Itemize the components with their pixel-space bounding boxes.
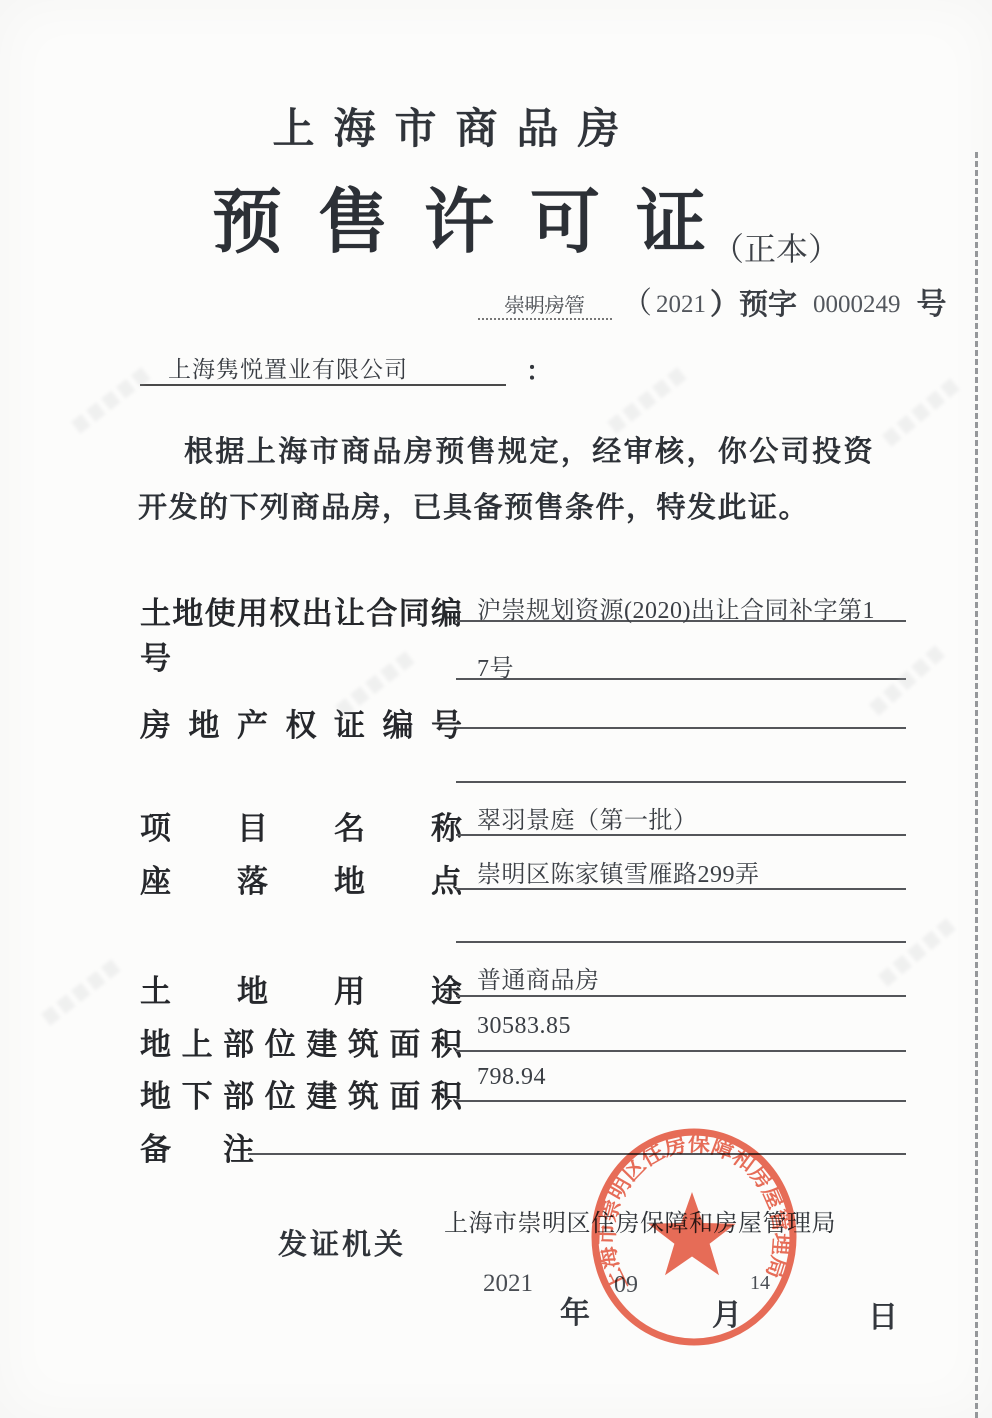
company-underline: 上海隽悦置业有限公司 [140,346,506,386]
permit-serial: 0000249 [813,291,901,319]
permit-issuer: 崇明房管 [505,289,585,318]
official-red-seal: 上海市崇明区住房保障和房屋管理局 [584,1120,806,1356]
body-paragraph: 根据上海市商品房预售规定，经审核，你公司投资开发的下列商品房，已具备预售条件，特… [138,424,874,536]
document-title-line1: 上海市商品房 [0,96,892,156]
permit-number-unit: 号 [917,279,947,323]
addressee-colon: ： [526,351,552,388]
copy-type-label: （正本） [712,224,840,270]
field-value-location: 崇明区陈家镇雪雁路299弄 [477,854,760,889]
field-label-project-name: 项目名称 [140,803,462,848]
issuing-authority-label: 发证机关 [278,1222,406,1263]
field-label-land-contract-no: 土地使用权出让合同编号 [140,588,462,678]
write-line [456,995,906,997]
write-line [456,781,906,783]
write-line [456,941,906,943]
field-value-project-name: 翠羽景庭（第一批） [477,800,698,835]
field-label-location: 座落地点 [140,856,462,901]
permit-number-row: 崇明房管 （ 2021 ）预字 0000249 号 [478,276,947,320]
date-day-unit: 日 [868,1292,898,1336]
watermark-smudge [41,957,123,1025]
field-label-land-use: 土地用途 [140,966,462,1011]
write-line [456,1050,906,1052]
field-value-land-use: 普通商品房 [477,960,600,995]
field-value-land-contract-no-line1: 沪崇规划资源(2020)出让合同补字第1 [477,590,875,625]
field-value-above-ground-area: 30583.85 [477,1013,571,1040]
watermark-smudge [878,916,958,987]
watermark-smudge [882,376,962,447]
remarks-write-line [248,1153,906,1155]
write-line [456,678,906,680]
date-year: 2021 [483,1270,533,1298]
seal-star-icon [648,1192,735,1275]
addressee-row: 上海隽悦置业有限公司 ： [140,346,552,386]
field-label-remarks: 备注 [140,1124,254,1169]
permit-issuer-box: 崇明房管 [478,284,612,320]
permit-open-paren: （ [622,278,652,322]
permit-close-prefix: ）预字 [710,282,797,323]
field-label-above-ground-area: 地上部位建筑面积 [140,1019,462,1064]
company-name: 上海隽悦置业有限公司 [168,351,408,384]
permit-document-page: 上海市商品房 预售许可证 （正本） 崇明房管 （ 2021 ）预字 000024… [0,0,992,1418]
field-label-property-cert-no: 房地产权证编号 [140,700,462,745]
write-line [456,1100,906,1102]
page-edge-dashed-line [975,152,978,1418]
permit-year: 2021 [656,291,706,319]
write-line [456,727,906,729]
field-value-below-ground-area: 798.94 [477,1064,546,1091]
field-label-below-ground-area: 地下部位建筑面积 [140,1071,462,1116]
field-value-land-contract-no-line2: 7号 [477,648,514,683]
